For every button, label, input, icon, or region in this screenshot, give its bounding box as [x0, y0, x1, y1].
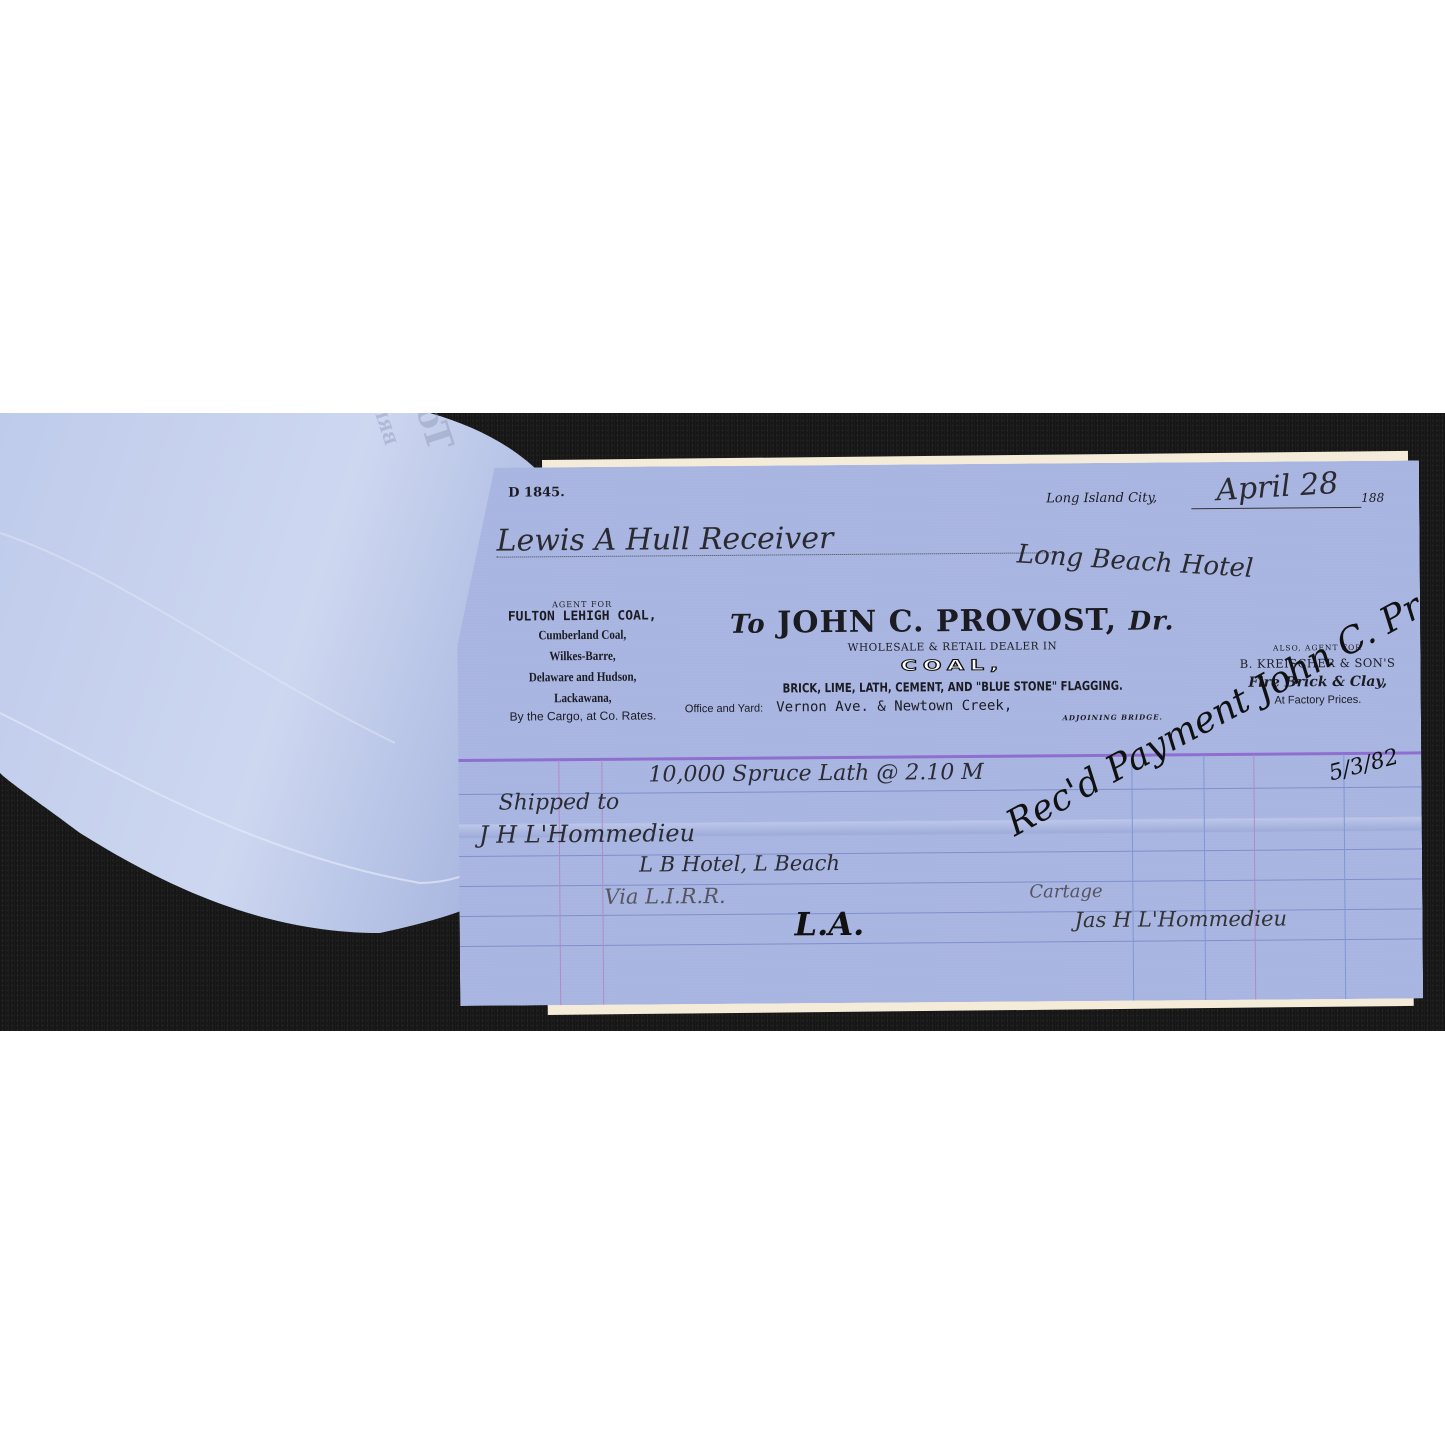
- coal-title: COAL,: [673, 655, 1233, 676]
- initials-handwritten: L.A.: [794, 905, 864, 944]
- established-year: D 1845.: [508, 485, 565, 500]
- office-label: Office and Yard:: [685, 703, 763, 716]
- agent-lead: FULTON LEHIGH COAL,: [477, 608, 687, 625]
- ledger-column: [1203, 755, 1206, 1000]
- agent-item: Cumberland Coal,: [493, 623, 672, 645]
- ledger-line: [460, 938, 1423, 947]
- addressee-handwritten: Lewis A Hull Receiver: [496, 521, 833, 559]
- heading-to: To: [730, 610, 766, 640]
- billhead-center: To JOHN C. PROVOST, Dr. WHOLESALE & RETA…: [672, 602, 1233, 725]
- products-line: BRICK, LIME, LATH, CEMENT, AND "BLUE STO…: [701, 677, 1205, 696]
- consignee-signature: Jas H L'Hommedieu: [1074, 906, 1287, 932]
- merchant-heading: To JOHN C. PROVOST, Dr.: [672, 602, 1232, 641]
- line-item-handwritten: 10,000 Spruce Lath @ 2.10 M: [648, 760, 984, 788]
- ledger-line: [459, 848, 1422, 857]
- office-address: Vernon Ave. & Newtown Creek,: [776, 698, 1012, 716]
- ledger-column: [1253, 755, 1256, 1000]
- invoice-billhead: D 1845. Long Island City, April 28 188 L…: [456, 460, 1423, 1006]
- agent-item: Wilkes-Barre,: [493, 644, 672, 666]
- agent-item: Lackawana,: [493, 686, 672, 708]
- year-prefix: 188: [1361, 491, 1384, 505]
- shipped-to-handwritten: Shipped to: [499, 790, 620, 816]
- agent-cargo-rates: By the Cargo, at Co. Rates.: [478, 708, 688, 724]
- ledger-column: [1343, 754, 1346, 999]
- date-handwritten: April 28: [1215, 466, 1339, 508]
- dealer-line: WHOLESALE & RETAIL DEALER IN: [672, 639, 1232, 655]
- merchant-name: JOHN C. PROVOST,: [777, 603, 1117, 641]
- addressee-location-handwritten: Long Beach Hotel: [1016, 539, 1254, 584]
- destination-handwritten: L B Hotel, L Beach: [639, 851, 840, 877]
- consignee-handwritten: J H L'Hommedieu: [479, 819, 695, 849]
- ledger-column: [1131, 756, 1134, 1001]
- receipt-date: 5/3/82: [1326, 744, 1401, 786]
- cartage-handwritten: Cartage: [1029, 881, 1102, 903]
- city-line: Long Island City,: [1046, 490, 1157, 506]
- heading-dr: Dr.: [1128, 606, 1174, 636]
- agent-item: Delaware and Hudson,: [493, 665, 672, 687]
- left-agent-block: AGENT FOR FULTON LEHIGH COAL, Cumberland…: [477, 599, 688, 724]
- via-handwritten: Via L.I.R.R.: [604, 884, 725, 909]
